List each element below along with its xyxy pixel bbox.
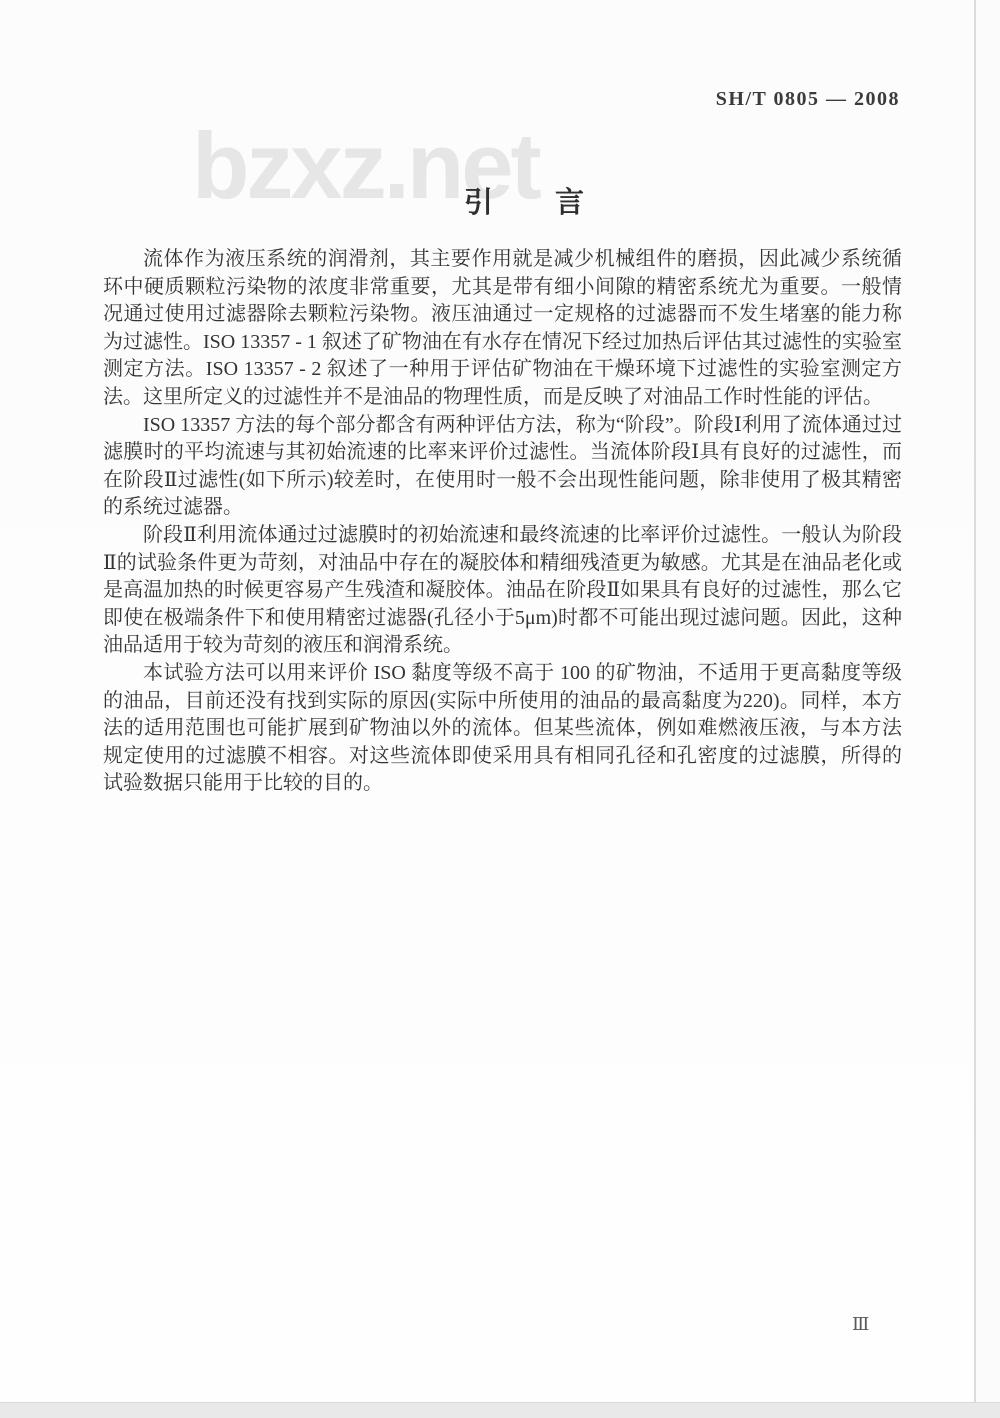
page-title-char-1: 引 — [464, 180, 493, 221]
page-title: 引 言 — [24, 180, 1000, 221]
page-title-char-2: 言 — [555, 180, 584, 221]
paragraph-4: 本试验方法可以用来评价 ISO 黏度等级不高于 100 的矿物油，不适用于更高黏… — [103, 660, 902, 798]
page-edge-line — [974, 0, 976, 1418]
paragraph-3: 阶段Ⅱ利用流体通过过滤膜时的初始流速和最终流速的比率评价过滤性。一般认为阶段Ⅱ的… — [103, 522, 902, 660]
scan-right-margin — [976, 0, 1000, 1418]
page-number: Ⅲ — [852, 1314, 869, 1335]
standard-code-header: SH/T 0805 — 2008 — [716, 88, 900, 111]
paragraph-2: ISO 13357 方法的每个部分都含有两种评估方法，称为“阶段”。阶段Ⅰ利用了… — [103, 412, 902, 522]
scanned-document-page: bzxz.net SH/T 0805 — 2008 引 言 流体作为液压系统的润… — [0, 0, 1000, 1418]
paragraph-1: 流体作为液压系统的润滑剂，其主要作用就是减少机械组件的磨损，因此减少系统循环中硬… — [103, 246, 902, 412]
document-body: 流体作为液压系统的润滑剂，其主要作用就是减少机械组件的磨损，因此减少系统循环中硬… — [103, 246, 902, 798]
scan-bottom-edge — [0, 1402, 1000, 1418]
